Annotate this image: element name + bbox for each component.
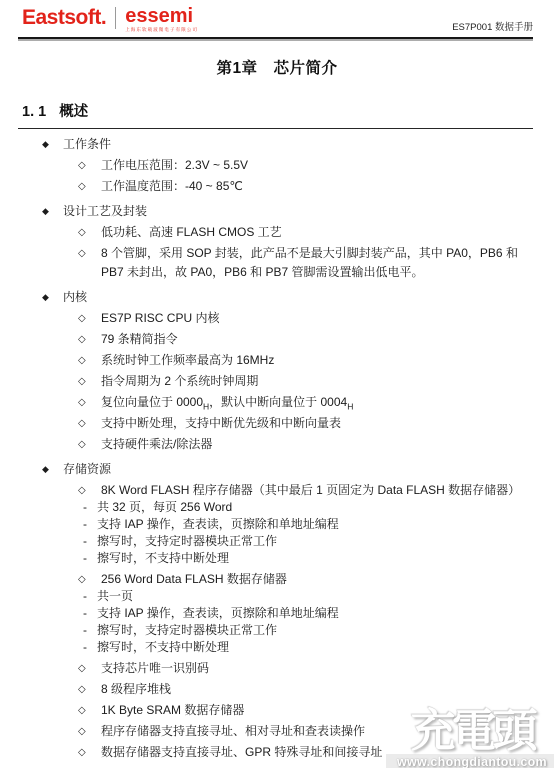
feature-item: ◆工作条件 [22, 135, 534, 154]
feature-text: ES7P RISC CPU 内核 [101, 311, 219, 325]
feature-text: 支持硬件乘法/除法器 [101, 437, 212, 451]
essemi-logo-text: essemi [125, 6, 198, 26]
bullet-open-diamond-icon: ◇ [78, 435, 86, 454]
eastsoft-logo-text: Eastsoft. [22, 6, 106, 30]
feature-text: 支持 IAP 操作，查表读，页擦除和单地址编程 [97, 517, 339, 531]
datasheet-page: Eastsoft. essemi 上海东软载波微电子有限公司 ES7P001 数… [0, 0, 554, 768]
feature-text: 8K Word FLASH 程序存储器（其中最后 1 页固定为 Data FLA… [101, 483, 520, 497]
bullet-filled-diamond-icon: ◆ [42, 202, 49, 221]
bullet-filled-diamond-icon: ◆ [42, 288, 49, 307]
bullet-open-diamond-icon: ◇ [78, 177, 86, 196]
feature-text: 存储资源 [63, 462, 111, 476]
feature-item: ◆设计工艺及封装 [22, 202, 534, 221]
document-reference: ES7P001 数据手册 [452, 19, 533, 33]
feature-item: -擦写时，不支持中断处理 [22, 638, 534, 657]
essemi-company-subtext: 上海东软载波微电子有限公司 [125, 27, 198, 33]
feature-text: 擦写时，支持定时器模块正常工作 [97, 623, 277, 637]
bullet-open-diamond-icon: ◇ [78, 330, 86, 349]
bullet-open-diamond-icon: ◇ [78, 659, 86, 678]
bullet-dash-icon: - [83, 549, 87, 568]
feature-text: 程序存储器支持直接寻址、相对寻址和查表读操作 [101, 724, 365, 738]
bullet-open-diamond-icon: ◇ [78, 701, 86, 720]
feature-text: 共 32 页，每页 256 Word [97, 500, 232, 514]
feature-text: 复位向量位于 0000H，默认中断向量位于 0004H [101, 395, 353, 409]
feature-item: ◇程序存储器支持直接寻址、相对寻址和查表读操作 [22, 722, 534, 741]
bullet-open-diamond-icon: ◇ [78, 372, 86, 391]
essemi-logo: essemi 上海东软载波微电子有限公司 [125, 6, 198, 33]
feature-text: 系统时钟工作频率最高为 16MHz [101, 353, 274, 367]
bullet-open-diamond-icon: ◇ [78, 156, 86, 175]
feature-item: ◇系统时钟工作频率最高为 16MHz [22, 351, 534, 370]
feature-text: 擦写时，支持定时器模块正常工作 [97, 534, 277, 548]
feature-item: -擦写时，不支持中断处理 [22, 549, 534, 568]
feature-item: ◇ES7P RISC CPU 内核 [22, 309, 534, 328]
feature-text: 共一页 [97, 589, 133, 603]
feature-item: ◇低功耗、高速 FLASH CMOS 工艺 [22, 223, 534, 242]
feature-item: ◇指令周期为 2 个系统时钟周期 [22, 372, 534, 391]
feature-text: 数据存储器支持直接寻址、GPR 特殊寻址和间接寻址 [101, 745, 382, 759]
feature-text: 8 个管脚，采用 SOP 封装，此产品不是最大引脚封装产品，其中 PA0，PB6… [101, 246, 518, 279]
bullet-filled-diamond-icon: ◆ [42, 135, 49, 154]
feature-text: 擦写时，不支持中断处理 [97, 640, 229, 654]
section-heading: 1. 1概述 [18, 100, 533, 129]
logo-dot-icon: . [101, 6, 106, 29]
feature-item: ◇支持芯片唯一识别码 [22, 659, 534, 678]
feature-item: ◆存储资源 [22, 460, 534, 479]
feature-text: 256 Word Data FLASH 数据存储器 [101, 572, 287, 586]
feature-text: 工作条件 [63, 137, 111, 151]
logo-divider [115, 7, 116, 29]
bullet-open-diamond-icon: ◇ [78, 743, 86, 762]
feature-text: 支持芯片唯一识别码 [101, 661, 209, 675]
feature-item: ◇8 个管脚，采用 SOP 封装，此产品不是最大引脚封装产品，其中 PA0，PB… [22, 244, 534, 282]
bullet-open-diamond-icon: ◇ [78, 223, 86, 242]
feature-text: 擦写时，不支持中断处理 [97, 551, 229, 565]
feature-item: ◇支持硬件乘法/除法器 [22, 435, 534, 454]
feature-item: ◇79 条精简指令 [22, 330, 534, 349]
bullet-open-diamond-icon: ◇ [78, 393, 86, 412]
bullet-open-diamond-icon: ◇ [78, 722, 86, 741]
feature-item: ◇数据存储器支持直接寻址、GPR 特殊寻址和间接寻址 [22, 743, 534, 762]
bullet-open-diamond-icon: ◇ [78, 309, 86, 328]
feature-text: 支持 IAP 操作，查表读，页擦除和单地址编程 [97, 606, 339, 620]
feature-item: ◇复位向量位于 0000H，默认中断向量位于 0004H [22, 393, 534, 412]
section-number: 1. 1 [22, 104, 46, 120]
feature-text: 8 级程序堆栈 [101, 682, 171, 696]
feature-text: 内核 [63, 290, 87, 304]
feature-text: 指令周期为 2 个系统时钟周期 [101, 374, 258, 388]
feature-item: ◆内核 [22, 288, 534, 307]
feature-item: ◇工作温度范围：-40 ~ 85℃ [22, 177, 534, 196]
feature-text: 工作电压范围：2.3V ~ 5.5V [101, 158, 248, 172]
feature-item: ◇1K Byte SRAM 数据存储器 [22, 701, 534, 720]
bullet-open-diamond-icon: ◇ [78, 244, 86, 263]
company-logo: Eastsoft. essemi 上海东软载波微电子有限公司 [22, 6, 198, 33]
feature-text: 支持中断处理，支持中断优先级和中断向量表 [101, 416, 341, 430]
feature-text: 设计工艺及封装 [63, 204, 147, 218]
section-title: 概述 [59, 104, 88, 120]
bullet-open-diamond-icon: ◇ [78, 680, 86, 699]
feature-text: 1K Byte SRAM 数据存储器 [101, 703, 244, 717]
bullet-filled-diamond-icon: ◆ [42, 460, 49, 479]
feature-text: 工作温度范围：-40 ~ 85℃ [101, 179, 243, 193]
feature-item: ◇工作电压范围：2.3V ~ 5.5V [22, 156, 534, 175]
feature-item: ◇8 级程序堆栈 [22, 680, 534, 699]
bullet-dash-icon: - [83, 638, 87, 657]
feature-text: 低功耗、高速 FLASH CMOS 工艺 [101, 225, 282, 239]
chapter-title: 第1章 芯片简介 [0, 58, 554, 80]
feature-text: 79 条精简指令 [101, 332, 178, 346]
page-header: Eastsoft. essemi 上海东软载波微电子有限公司 ES7P001 数… [0, 0, 554, 37]
header-rule [18, 37, 533, 41]
bullet-open-diamond-icon: ◇ [78, 414, 86, 433]
feature-list: ◆工作条件◇工作电压范围：2.3V ~ 5.5V◇工作温度范围：-40 ~ 85… [22, 135, 534, 762]
feature-item: ◇支持中断处理，支持中断优先级和中断向量表 [22, 414, 534, 433]
bullet-open-diamond-icon: ◇ [78, 351, 86, 370]
